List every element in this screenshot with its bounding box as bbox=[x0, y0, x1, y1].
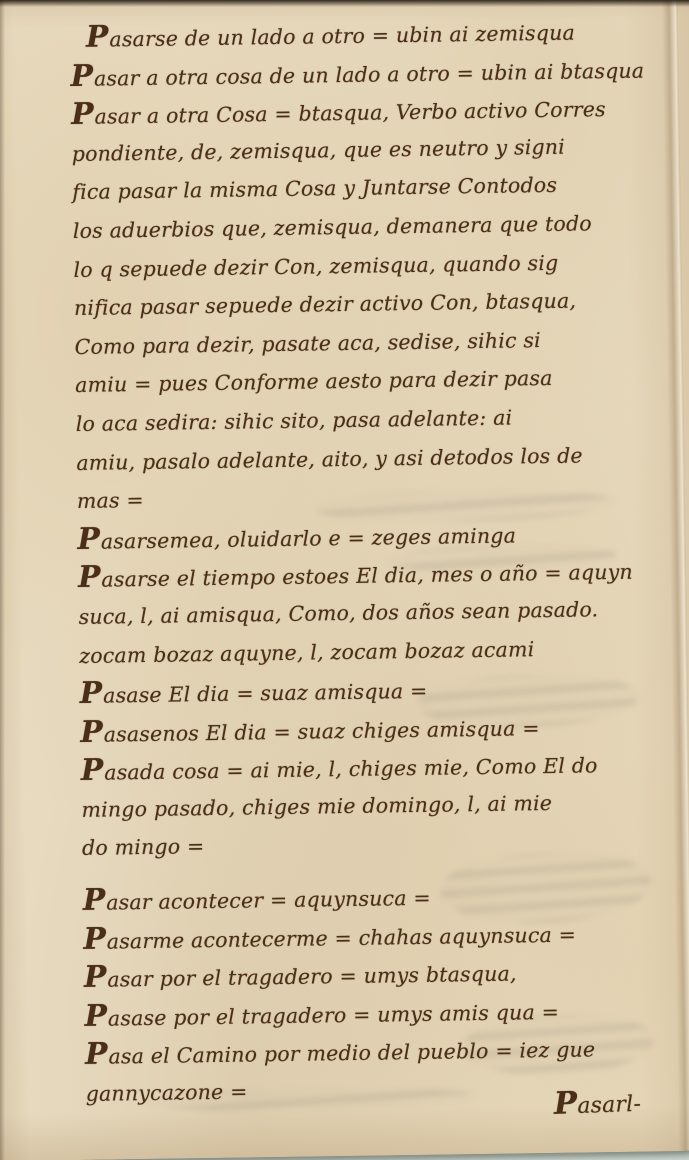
handwritten-text-block: Pasarse de un lado a otro = ubin ai zemi… bbox=[70, 10, 686, 1113]
catchword: Pasarl- bbox=[553, 1082, 642, 1128]
manuscript-leaf: Pasarse de un lado a otro = ubin ai zemi… bbox=[0, 0, 689, 1160]
scanned-manuscript-page: Pasarse de un lado a otro = ubin ai zemi… bbox=[0, 0, 689, 1160]
scan-left-shadow bbox=[0, 0, 5, 1160]
manuscript-line: do mingo = bbox=[82, 821, 683, 868]
scan-top-shadow bbox=[0, 0, 689, 7]
